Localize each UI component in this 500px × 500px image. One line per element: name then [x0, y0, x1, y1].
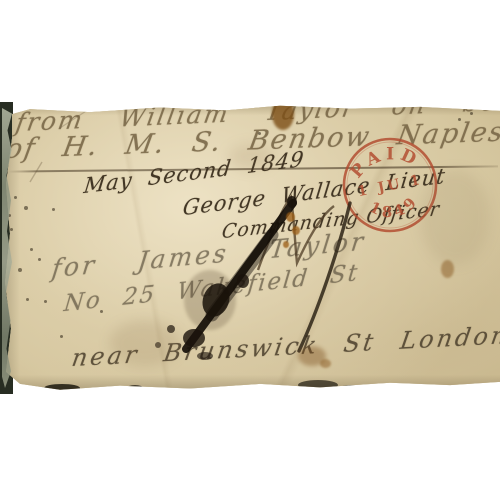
foxing-speck — [24, 206, 28, 210]
edge-smudge — [340, 385, 360, 391]
paper-blotch — [110, 320, 180, 366]
paper-blotch — [228, 144, 274, 170]
foxing-speck — [18, 268, 22, 272]
paper-blotch — [420, 170, 490, 265]
foxing-speck — [470, 112, 473, 115]
amber-stain — [286, 212, 295, 222]
edge-smudge — [298, 380, 338, 390]
amber-stain — [292, 226, 300, 235]
edge-smudge — [127, 385, 143, 391]
stain-top — [272, 98, 294, 130]
foxing-speck — [60, 335, 63, 338]
foxing-speck — [26, 298, 29, 301]
foxing-speck — [30, 248, 33, 251]
foxing-speck — [10, 228, 13, 231]
amber-stain — [283, 241, 289, 248]
edge-smudge — [44, 384, 80, 392]
envelope: from William Taylor on board of H. M. S.… — [0, 104, 500, 392]
foxing-speck — [458, 118, 461, 121]
foxing-speck — [44, 300, 47, 303]
foxing-speck — [52, 208, 55, 211]
foxing-speck — [14, 196, 17, 199]
stain-bottom-small — [320, 359, 331, 368]
foxing-speck — [38, 258, 41, 261]
foxing-speck — [100, 310, 103, 313]
foxing-speck — [258, 132, 261, 135]
photo-background: from William Taylor on board of H. M. S.… — [0, 0, 500, 500]
